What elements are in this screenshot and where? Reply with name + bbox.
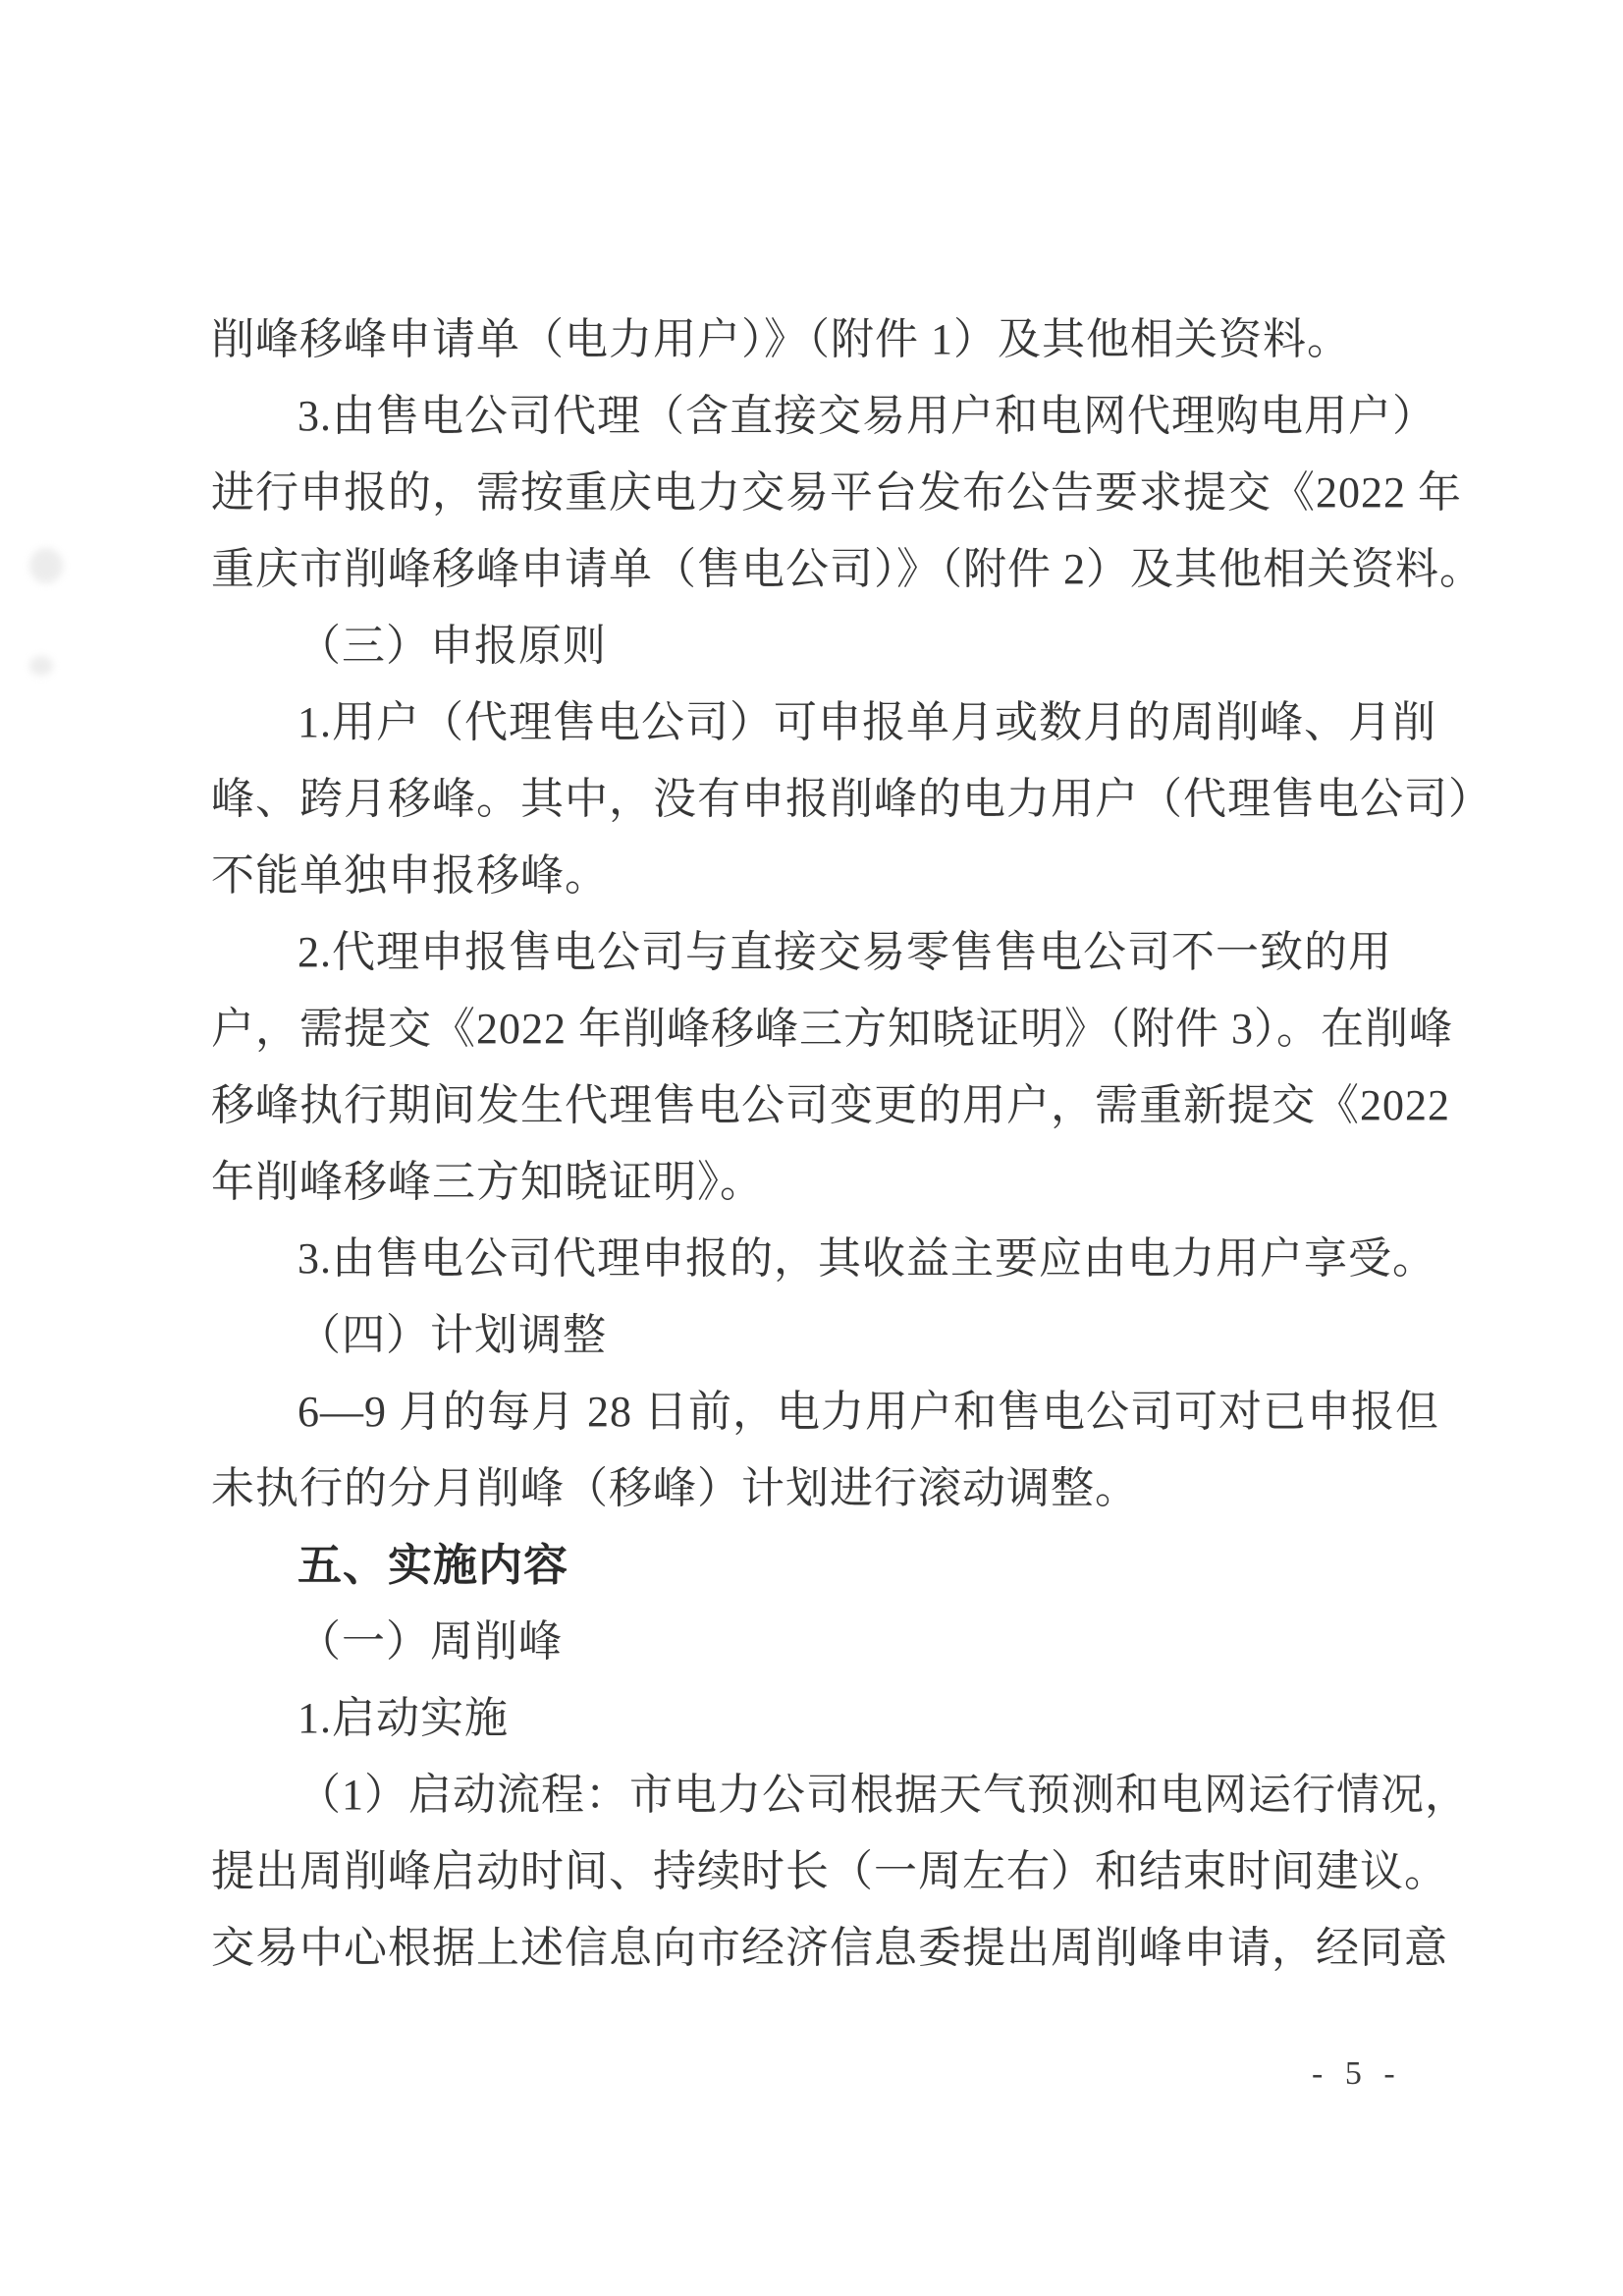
text-line: 6—9 月的每月 28 日前，电力用户和售电公司可对已申报但 bbox=[211, 1374, 1527, 1450]
subsection-heading: （四）计划调整 bbox=[211, 1297, 1527, 1374]
scan-smudge bbox=[29, 656, 53, 676]
text-line: 进行申报的，需按重庆电力交易平台发布公告要求提交《2022 年 bbox=[211, 455, 1527, 531]
text-line: 1.用户（代理售电公司）可申报单月或数月的周削峰、月削 bbox=[211, 684, 1527, 761]
text-line: 2.代理申报售电公司与直接交易零售售电公司不一致的用 bbox=[211, 914, 1527, 991]
text-line: 提出周削峰启动时间、持续时长（一周左右）和结束时间建议。 bbox=[211, 1833, 1527, 1910]
section-heading: 五、实施内容 bbox=[211, 1527, 1527, 1604]
text-line: 户，需提交《2022 年削峰移峰三方知晓证明》（附件 3）。在削峰 bbox=[211, 991, 1527, 1067]
text-line: （1）启动流程：市电力公司根据天气预测和电网运行情况， bbox=[211, 1757, 1527, 1833]
subsection-heading: 1.启动实施 bbox=[211, 1680, 1527, 1757]
text-line: 3.由售电公司代理申报的，其收益主要应由电力用户享受。 bbox=[211, 1221, 1527, 1297]
text-line: 未执行的分月削峰（移峰）计划进行滚动调整。 bbox=[211, 1450, 1527, 1527]
text-line: 年削峰移峰三方知晓证明》。 bbox=[211, 1144, 1527, 1221]
text-line: 不能单独申报移峰。 bbox=[211, 838, 1527, 914]
text-line: 峰、跨月移峰。其中，没有申报削峰的电力用户（代理售电公司） bbox=[211, 761, 1527, 838]
scan-smudge bbox=[29, 548, 63, 583]
document-body: 削峰移峰申请单（电力用户）》（附件 1）及其他相关资料。 3.由售电公司代理（含… bbox=[211, 301, 1527, 1987]
text-line: 移峰执行期间发生代理售电公司变更的用户，需重新提交《2022 bbox=[211, 1067, 1527, 1144]
page-number: - 5 - bbox=[1312, 2050, 1439, 2098]
text-line: 削峰移峰申请单（电力用户）》（附件 1）及其他相关资料。 bbox=[211, 301, 1527, 378]
text-line: 重庆市削峰移峰申请单（售电公司）》（附件 2）及其他相关资料。 bbox=[211, 531, 1527, 608]
document-page: 削峰移峰申请单（电力用户）》（附件 1）及其他相关资料。 3.由售电公司代理（含… bbox=[0, 0, 1623, 2296]
subsection-heading: （一）周削峰 bbox=[211, 1604, 1527, 1680]
subsection-heading: （三）申报原则 bbox=[211, 608, 1527, 684]
text-line: 3.由售电公司代理（含直接交易用户和电网代理购电用户） bbox=[211, 378, 1527, 455]
text-line: 交易中心根据上述信息向市经济信息委提出周削峰申请，经同意 bbox=[211, 1910, 1527, 1987]
